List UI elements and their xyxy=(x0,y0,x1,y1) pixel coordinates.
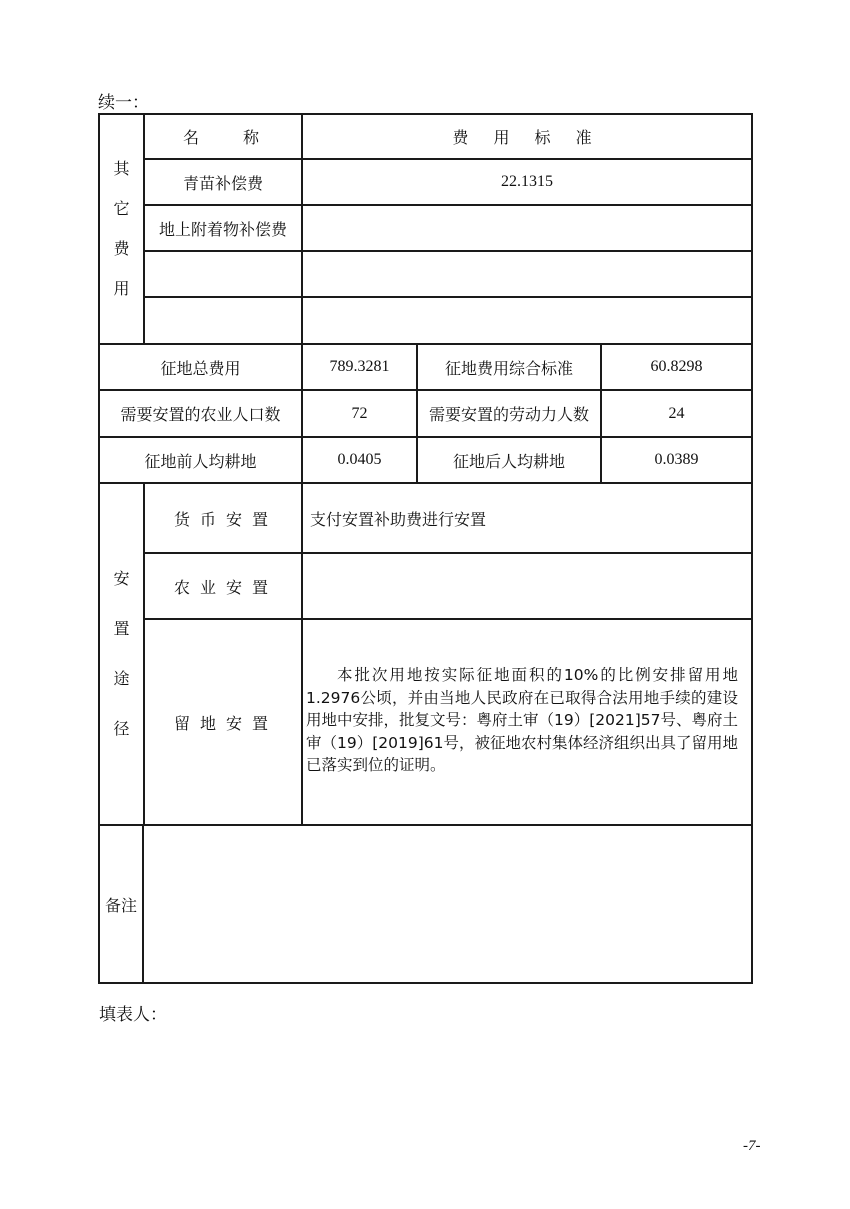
summary-value-cell: 72 xyxy=(303,391,416,436)
label-char: 费 xyxy=(113,241,129,257)
col-header-name: 名 称 xyxy=(145,115,301,158)
other-fees-section-label: 其 它 费 用 xyxy=(100,115,143,343)
fee-name-cell: 地上附着物补偿费 xyxy=(145,206,301,250)
label-char: 用 xyxy=(113,281,129,297)
label-char: 径 xyxy=(113,721,129,737)
fee-name-cell: 青苗补偿费 xyxy=(145,160,301,204)
continuation-label: 续一： xyxy=(98,88,149,113)
label-char: 它 xyxy=(113,201,129,217)
fee-value-cell xyxy=(303,298,751,343)
fee-value-cell xyxy=(303,206,751,250)
summary-label-cell: 需要安置的农业人口数 xyxy=(100,391,301,436)
fee-name-cell xyxy=(145,298,301,343)
reserved-land-description: 本批次用地按实际征地面积的10%的比例安排留用地1.2976公顷，并由当地人民政… xyxy=(306,664,738,777)
table-border-bottom xyxy=(98,982,753,984)
label-char: 其 xyxy=(113,161,129,177)
resettlement-name-cell: 货币安置 xyxy=(145,484,301,552)
resettlement-value-cell xyxy=(310,554,751,618)
col-header-standard: 费 用 标 准 xyxy=(303,115,751,158)
summary-value-cell: 789.3281 xyxy=(303,345,416,389)
resettlement-section-label: 安 置 途 径 xyxy=(100,484,143,824)
resettlement-name-cell: 留地安置 xyxy=(145,620,301,824)
summary-label-cell: 征地后人均耕地 xyxy=(418,438,600,482)
label-char: 置 xyxy=(113,621,129,637)
label-char: 安 xyxy=(113,571,129,587)
summary-value-cell: 60.8298 xyxy=(602,345,751,389)
fee-name-cell xyxy=(145,252,301,296)
divider xyxy=(301,482,303,825)
summary-label-cell: 征地前人均耕地 xyxy=(100,438,301,482)
table-border-right xyxy=(751,113,753,984)
remarks-label: 备注 xyxy=(100,826,142,982)
fee-value-cell: 22.1315 xyxy=(303,160,751,204)
fee-value-cell xyxy=(303,252,751,296)
remarks-value xyxy=(144,826,751,982)
resettlement-name-cell: 农业安置 xyxy=(145,554,301,618)
summary-value-cell: 0.0389 xyxy=(602,438,751,482)
resettlement-value-cell: 支付安置补助费进行安置 xyxy=(310,484,751,552)
summary-label-cell: 征地总费用 xyxy=(100,345,301,389)
summary-value-cell: 0.0405 xyxy=(303,438,416,482)
summary-label-cell: 需要安置的劳动力人数 xyxy=(418,391,600,436)
page-number: -7- xyxy=(743,1138,761,1155)
summary-label-cell: 征地费用综合标准 xyxy=(418,345,600,389)
summary-value-cell: 24 xyxy=(602,391,751,436)
filler-label: 填表人： xyxy=(99,1000,167,1025)
label-char: 途 xyxy=(113,671,129,687)
